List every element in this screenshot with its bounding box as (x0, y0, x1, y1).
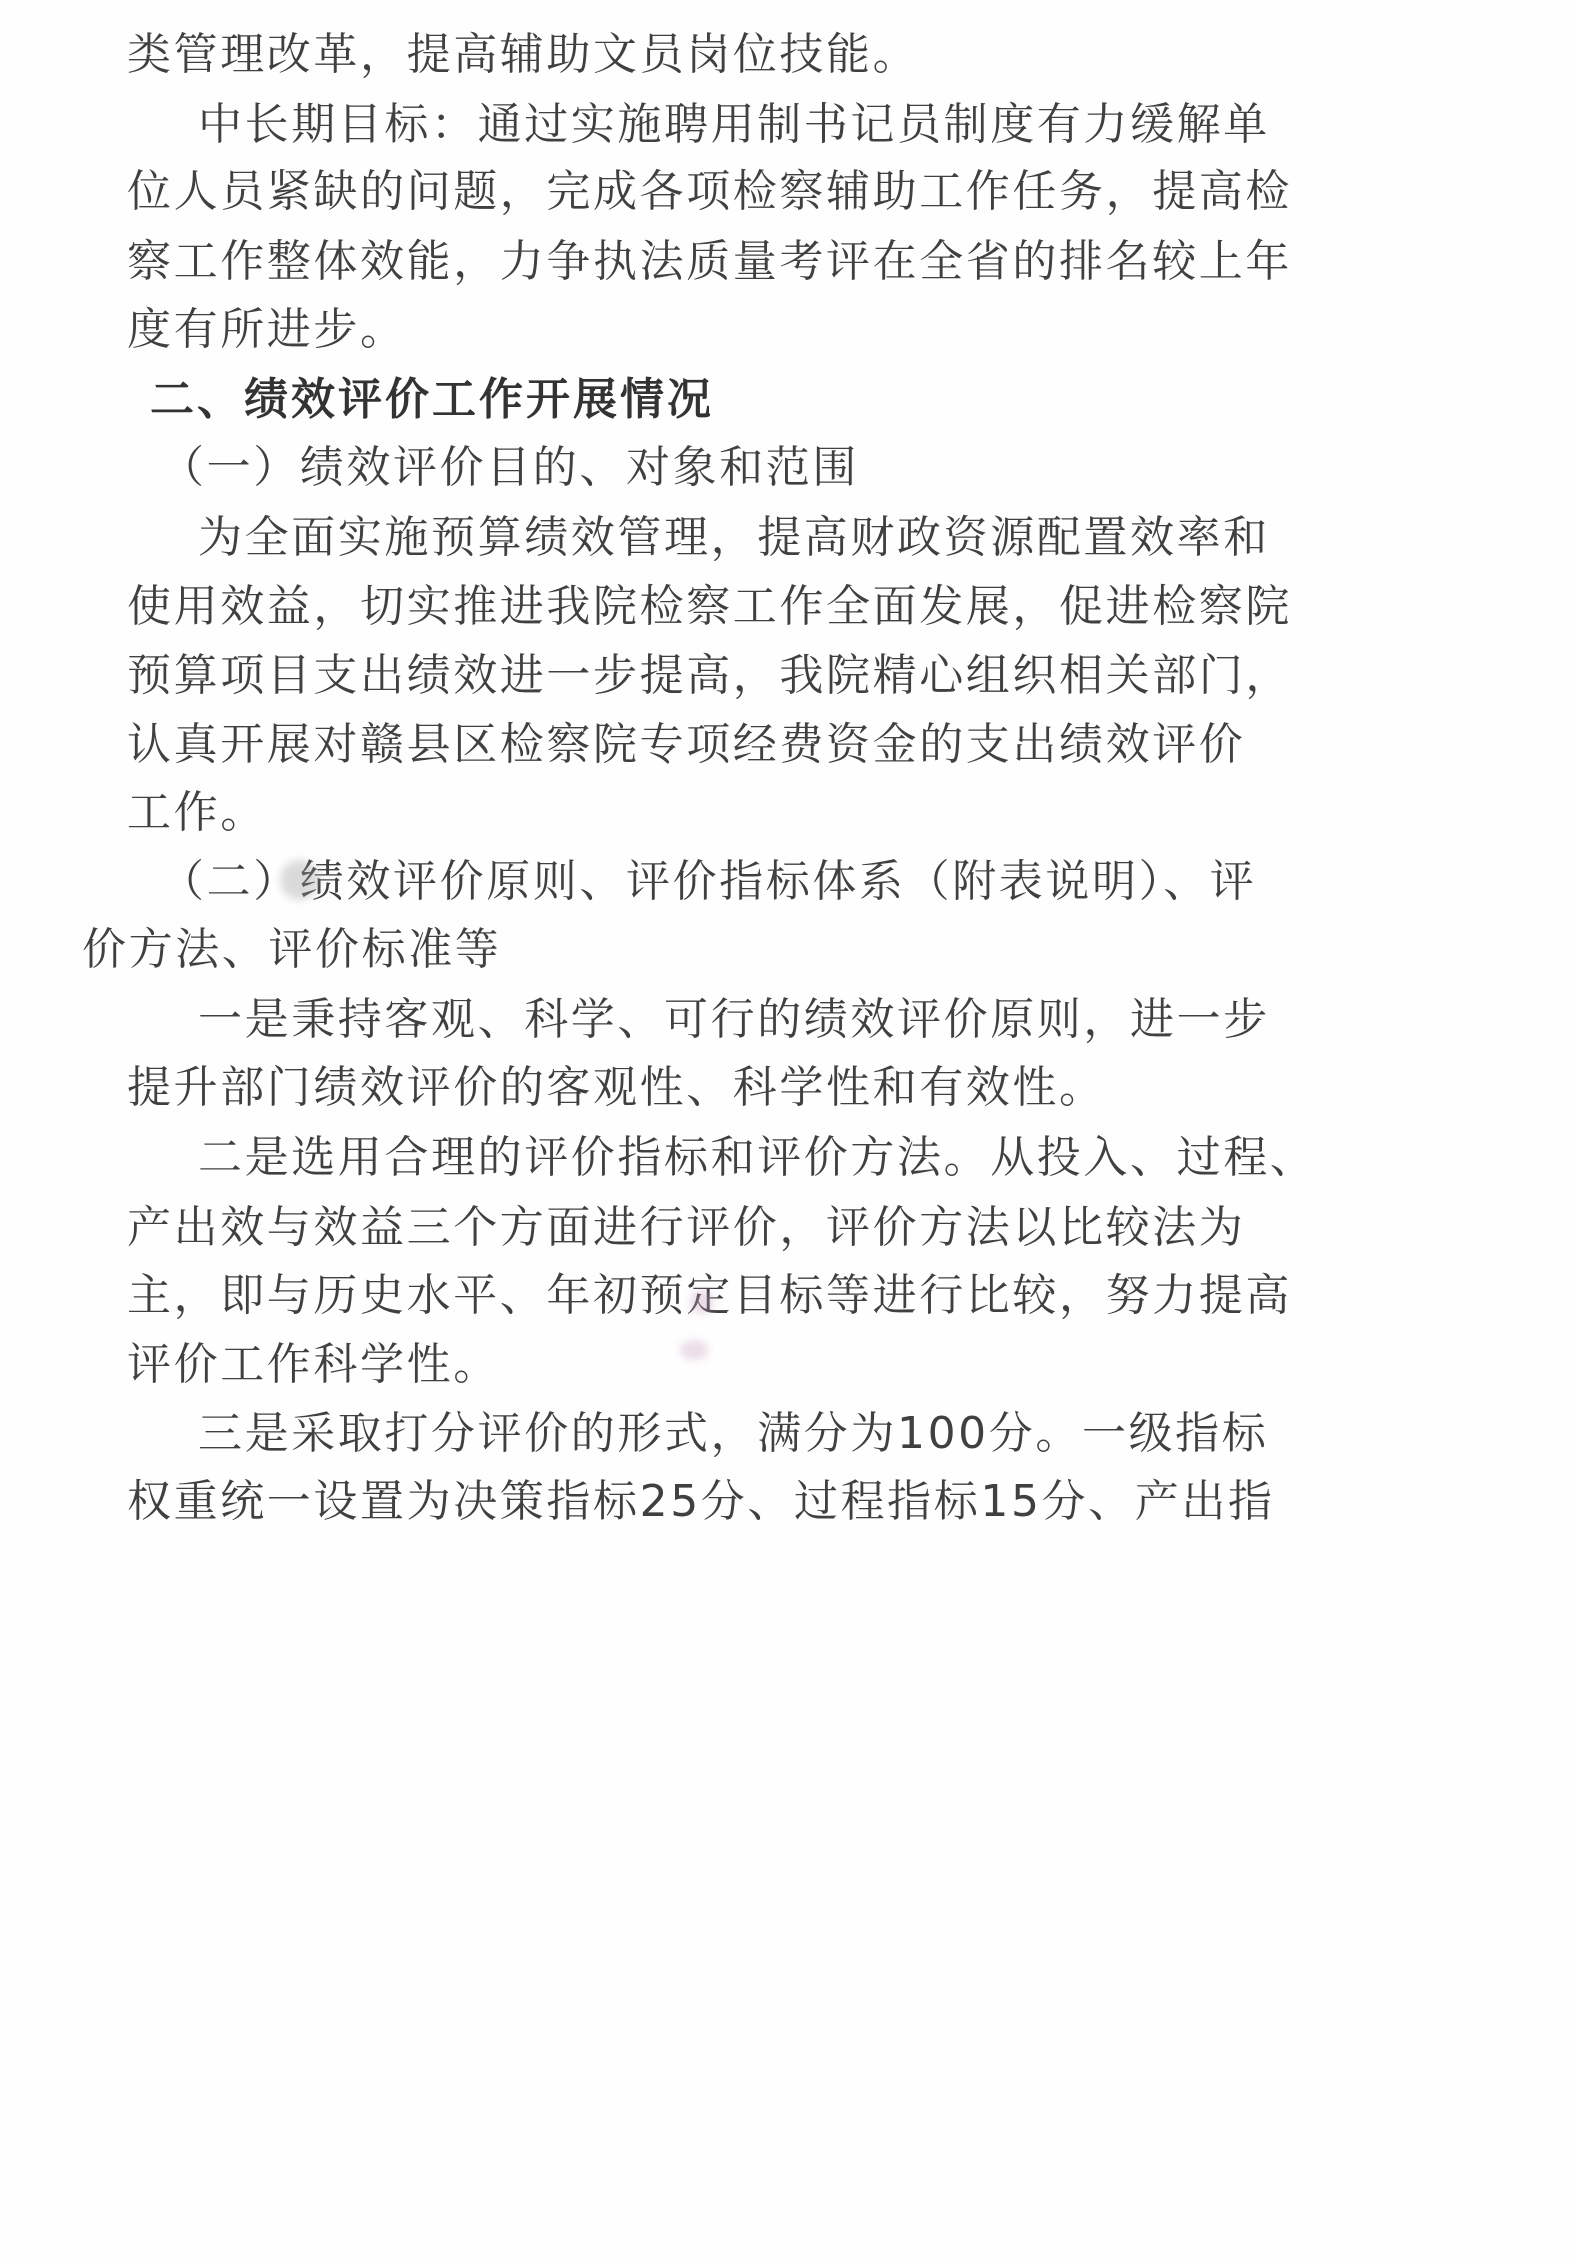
text-line-22: 权重统一设置为决策指标25分、过程指标15分、产出指 (127, 1472, 1275, 1532)
text-line-5: 度有所进步。 (127, 300, 407, 360)
text-line-15: 一是秉持客观、科学、可行的绩效评价原则，进一步 (198, 990, 1270, 1050)
scan-smudge (680, 1340, 708, 1360)
subsection-heading-1: （一）绩效评价目的、对象和范围 (160, 438, 859, 498)
text-line-1: 类管理改革，提高辅助文员岗位技能。 (127, 25, 707, 85)
text-line-11: 认真开展对赣县区检察院专项经费资金的支出绩效评价 (127, 715, 1245, 775)
text-line-2: 中长期目标：通过实施聘用制书记员制度有力缓解单 (198, 95, 1270, 155)
subsection-heading-2: （二）绩效评价原则、评价指标体系（附表说明）、评 (160, 852, 1256, 912)
scan-smudge (690, 1290, 714, 1314)
text-line-17: 二是选用合理的评价指标和评价方法。从投入、过程、 (198, 1128, 1316, 1188)
text-line-10: 预算项目支出绩效进一步提高，我院精心组织相关部门， (127, 646, 1292, 706)
text-line-9: 使用效益，切实推进我院检察工作全面发展，促进检察院 (127, 577, 1292, 637)
text-line-3: 位人员紧缺的问题，完成各项检察辅助工作任务，提高检 (127, 162, 1292, 222)
scan-smudge (280, 860, 320, 900)
text-line-8: 为全面实施预算绩效管理，提高财政资源配置效率和 (198, 508, 1270, 568)
text-line-12: 工作。 (127, 783, 267, 843)
scanned-document-page: 类管理改革，提高辅助文员岗位技能。 中长期目标：通过实施聘用制书记员制度有力缓解… (0, 0, 1575, 2259)
text-line-20: 评价工作科学性。 (127, 1335, 500, 1395)
text-line-4: 察工作整体效能，力争执法质量考评在全省的排名较上年 (127, 232, 1292, 292)
subsection-heading-2-cont: 价方法、评价标准等 (82, 920, 501, 980)
text-line-21: 三是采取打分评价的形式，满分为100分。一级指标 (198, 1404, 1268, 1464)
text-line-18: 产出效与效益三个方面进行评价，评价方法以比较法为 (127, 1198, 1245, 1258)
section-heading: 二、绩效评价工作开展情况 (150, 370, 714, 430)
text-line-16: 提升部门绩效评价的客观性、科学性和有效性。 (127, 1058, 1106, 1118)
